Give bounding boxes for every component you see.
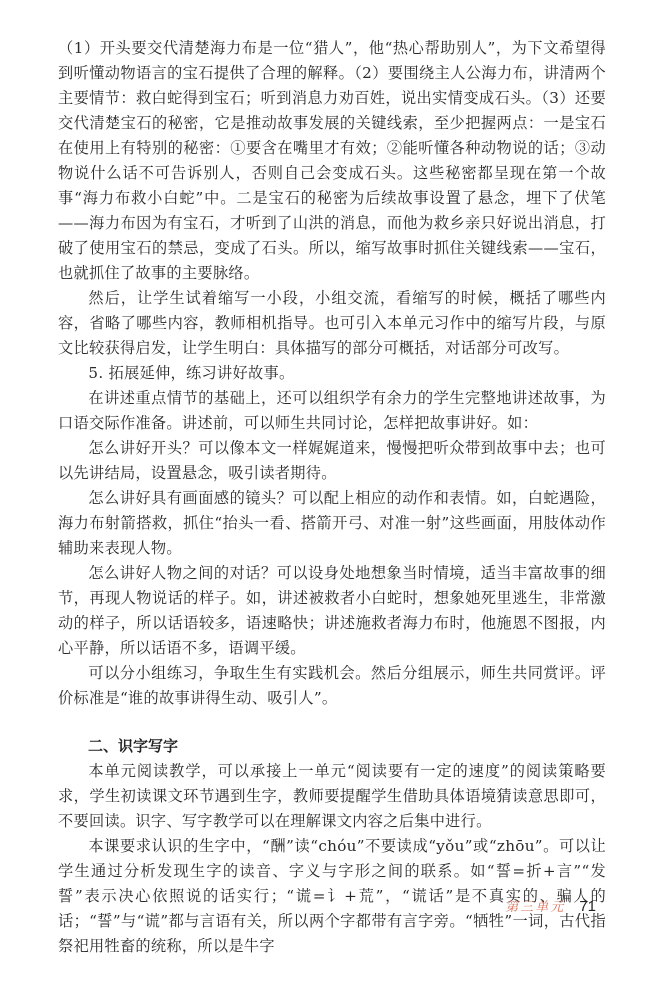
page-body: （1）开头要交代清楚海力布是一位“猎人”，他“热心帮助别人”，为下文希望得到听懂… xyxy=(58,36,606,959)
section-gap xyxy=(58,711,606,733)
paragraph-literacy-intro: 本单元阅读教学，可以承接上一单元“阅读要有一定的速度”的阅读策略要求，学生初读课… xyxy=(58,759,606,834)
paragraph-storytelling-intro: 在讲述重点情节的基础上，还可以组织学有余力的学生完整地讲述故事，为口语交际作准备… xyxy=(58,386,606,436)
page-number: 71 xyxy=(579,898,596,915)
paragraph-group-practice: 可以分小组练习，争取生生有实践机会。然后分组展示，师生共同赏评。评价标准是“谁的… xyxy=(58,661,606,711)
paragraph-opening-tips: 怎么讲好开头？可以像本文一样娓娓道来，慢慢把听众带到故事中去；也可以先讲结局，设… xyxy=(58,436,606,486)
page-footer: 第三单元 71 xyxy=(505,896,596,915)
section-heading-literacy: 二、识字写字 xyxy=(58,733,606,759)
paragraph-abridge-practice: 然后，让学生试着缩写一小段，小组交流，看缩写的时候，概括了哪些内容，省略了哪些内… xyxy=(58,286,606,361)
paragraph-scene-tips: 怎么讲好具有画面感的镜头？可以配上相应的动作和表情。如，白蛇遇险，海力布射箭搭救… xyxy=(58,486,606,561)
paragraph-retelling-points: （1）开头要交代清楚海力布是一位“猎人”，他“热心帮助别人”，为下文希望得到听懂… xyxy=(58,36,606,286)
paragraph-dialogue-tips: 怎么讲好人物之间的对话？可以设身处地想象当时情境，适当丰富故事的细节，再现人物说… xyxy=(58,561,606,661)
step-5-title: 5. 拓展延伸，练习讲好故事。 xyxy=(58,361,606,386)
unit-label: 第三单元 xyxy=(505,896,565,915)
